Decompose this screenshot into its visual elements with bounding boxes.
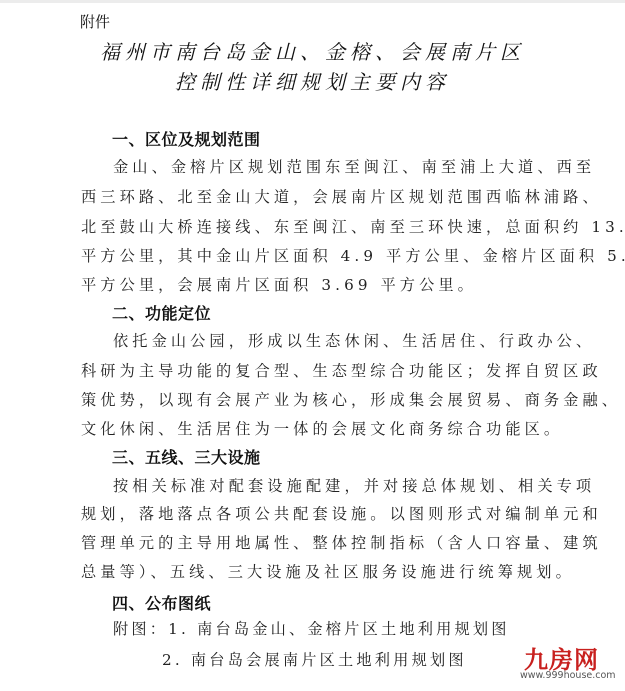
document-title-line-2: 控制性详细规划主要内容 <box>0 66 625 95</box>
paragraph-line: 北至鼓山大桥连接线、东至闽江、南至三环快速，总面积约 13.69 <box>81 216 625 237</box>
paragraph-line: 西三环路、北至金山大道，会展南片区规划范围西临林浦路、 <box>81 186 602 207</box>
section-heading-function: 二、功能定位 <box>112 301 211 324</box>
paragraph-line: 按相关标准对配套设施配建，并对接总体规划、相关专项 <box>113 475 595 496</box>
paragraph-line: 金山、金榕片区规划范围东至闽江、南至浦上大道、西至 <box>113 156 595 177</box>
paragraph-line: 科研为主导功能的复合型、生态型综合功能区；发挥自贸区政 <box>81 360 602 381</box>
paragraph-line: 平方公里，会展南片区面积 3.69 平方公里。 <box>81 274 477 295</box>
document-title-line-1: 福州市南台岛金山、金榕、会展南片区 <box>0 36 625 65</box>
paragraph-line: 规划，落地落点各项公共配套设施。以图则形式对编制单元和 <box>81 503 602 524</box>
top-border <box>0 0 625 3</box>
paragraph-line: 文化休闲、生活居住为一体的会展文化商务综合功能区。 <box>81 418 563 439</box>
paragraph-line: 策优势，以现有会展产业为核心，形成集会展贸易、商务金融、 <box>81 389 621 410</box>
section-heading-drawings: 四、公布图纸 <box>112 591 211 614</box>
section-heading-location: 一、区位及规划范围 <box>112 127 261 150</box>
paragraph-line: 管理单元的主导用地属性、整体控制指标（含人口容量、建筑 <box>81 532 602 553</box>
paragraph-line: 平方公里，其中金山片区面积 4.9 平方公里、金榕片区面积 5.1 <box>81 245 625 266</box>
figure-list-item: 2. 南台岛会展南片区土地利用规划图 <box>162 649 467 670</box>
figure-list-item: 附图：1. 南台岛金山、金榕片区土地利用规划图 <box>113 618 510 639</box>
paragraph-line: 总量等）、五线、三大设施及社区服务设施进行统筹规划。 <box>81 561 575 582</box>
watermark-logo: 九房网 www.999house.com <box>520 640 620 688</box>
paragraph-line: 依托金山公园，形成以生态休闲、生活居住、行政办公、 <box>113 330 595 351</box>
section-heading-facilities: 三、五线、三大设施 <box>112 445 261 468</box>
logo-url: www.999house.com <box>520 670 616 681</box>
attachment-label: 附件 <box>80 11 110 32</box>
